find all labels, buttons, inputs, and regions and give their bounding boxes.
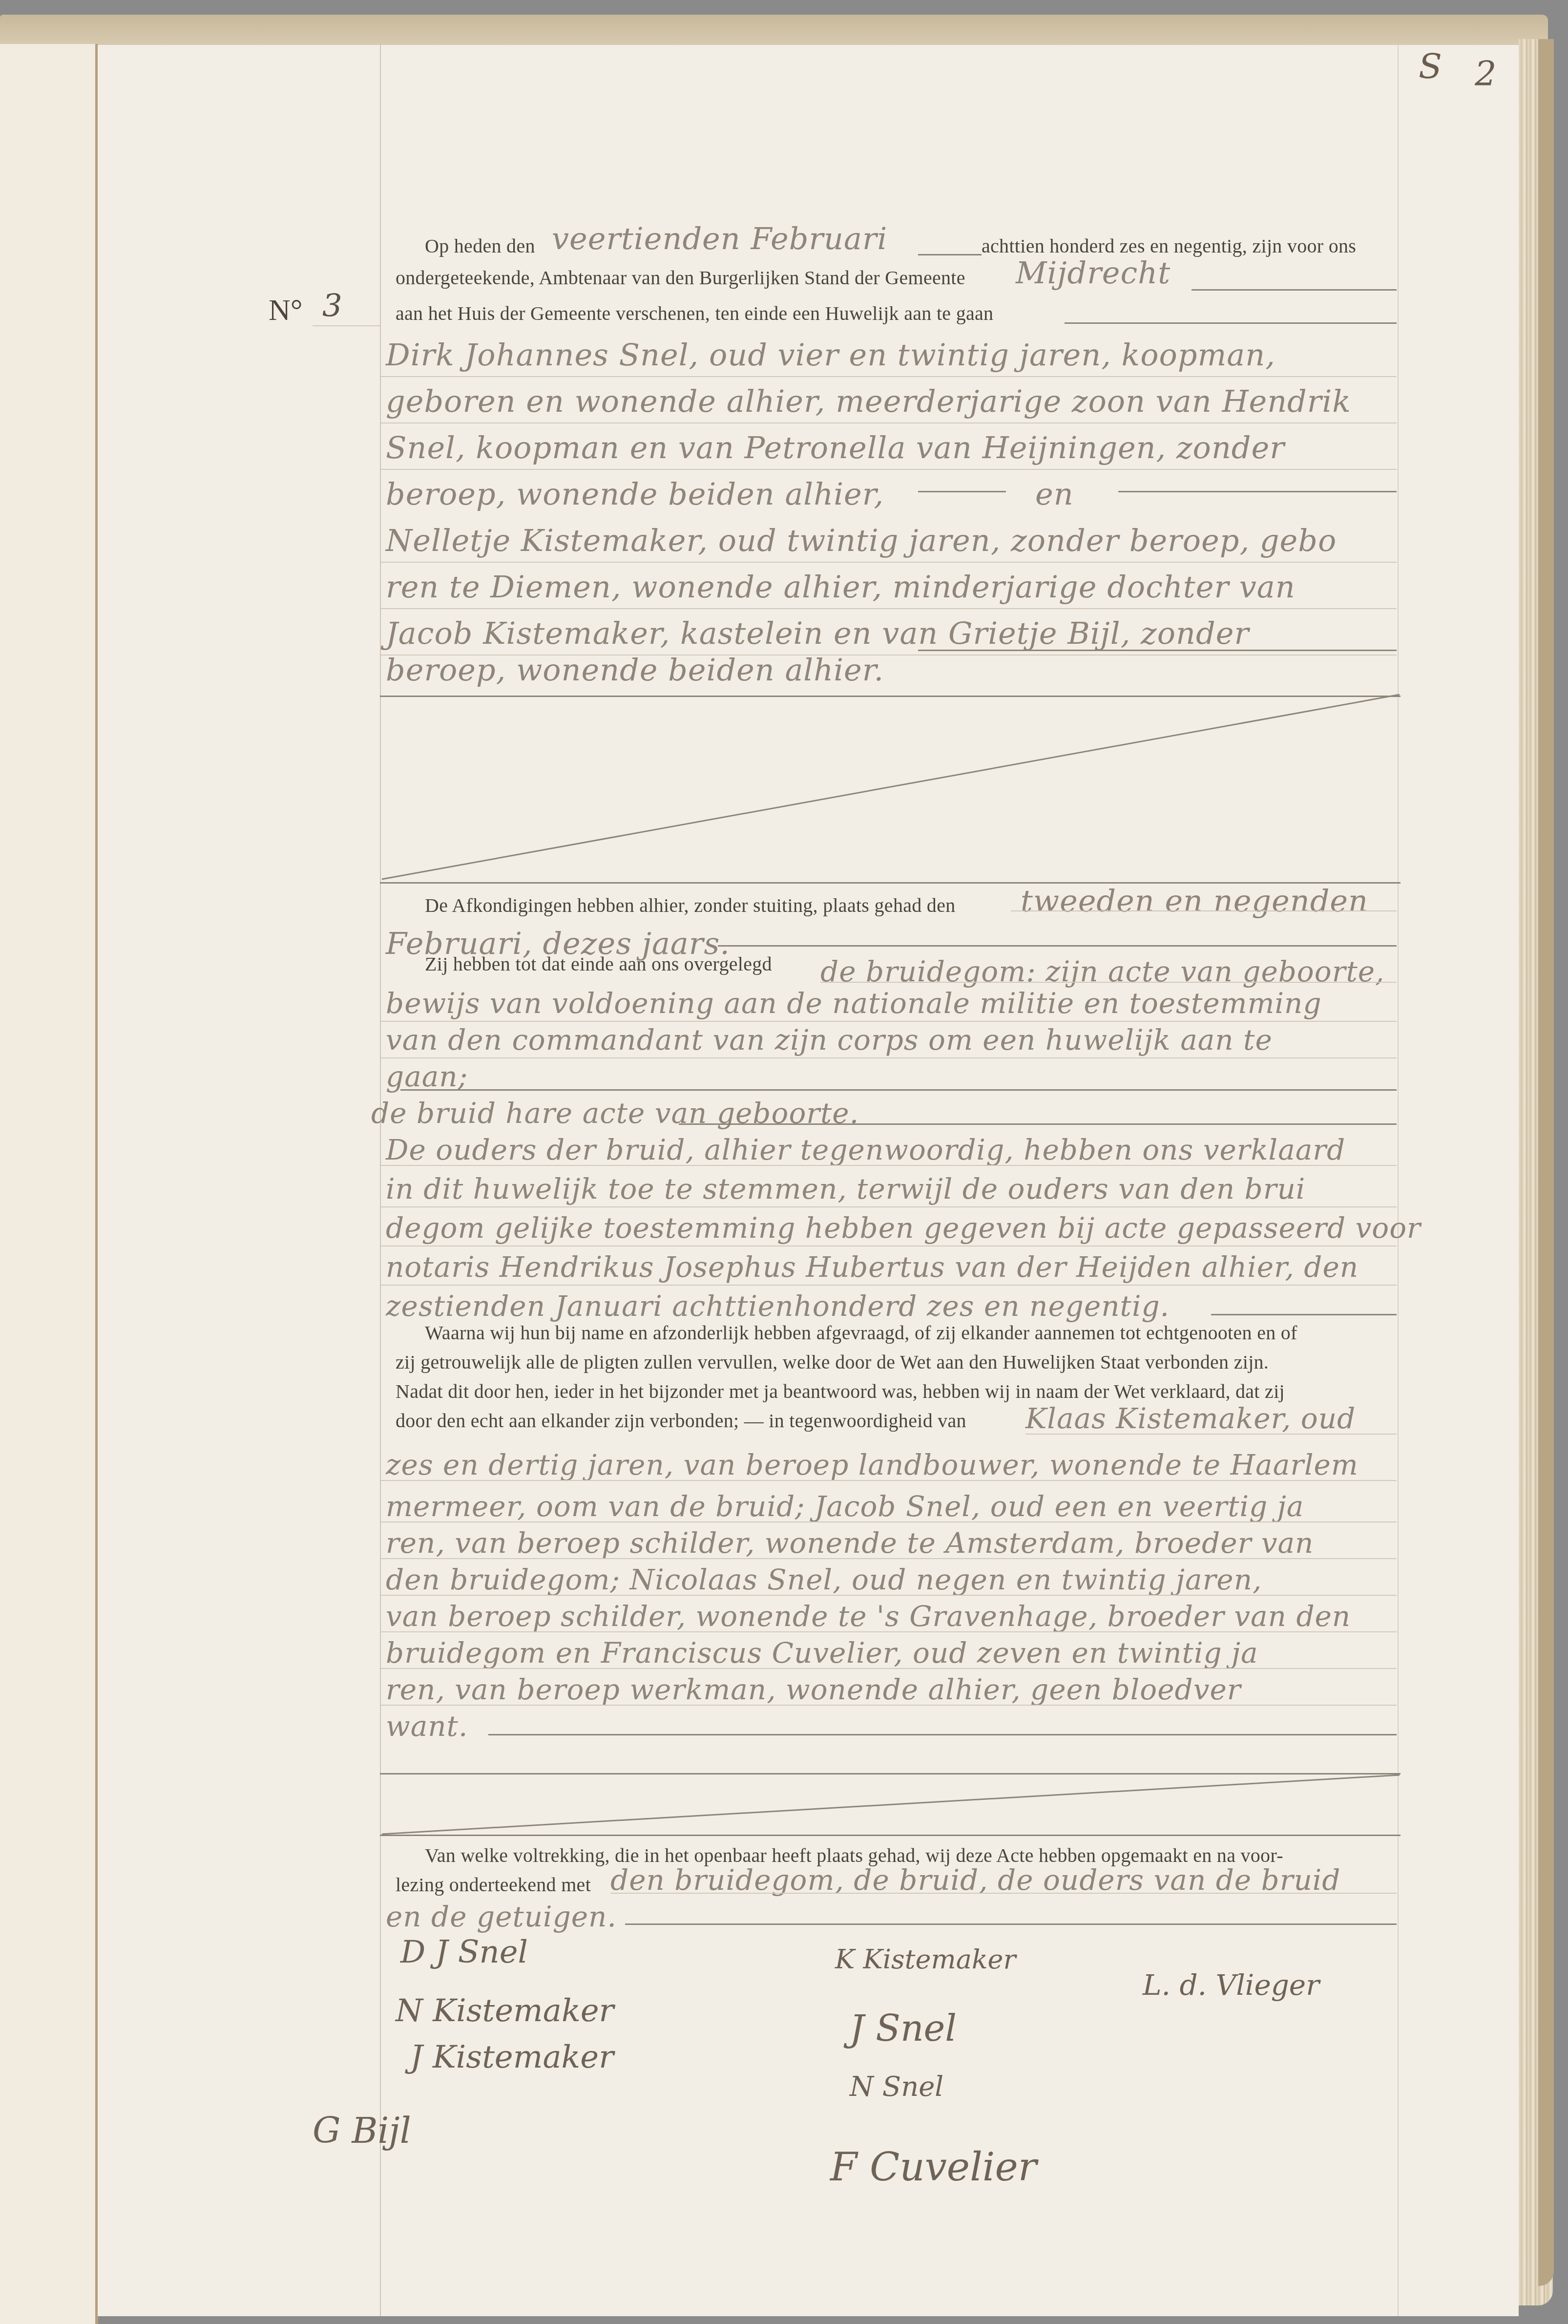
folio-mark: S [1419,46,1442,86]
fill-line [679,1123,1397,1125]
ruled-line [381,376,1397,377]
fill-line [918,254,982,255]
proclamation-printed: De Afkondigingen hebben alhier, zonder s… [425,894,956,917]
ruled-line [381,1595,1397,1596]
intro-printed-1: Op heden den [425,234,535,257]
documents-hand-line: De ouders der bruid, alhier tegenwoordig… [386,1133,1345,1166]
signature-witness-klaas: K Kistemaker [835,1944,1016,1975]
ruled-line [381,1631,1397,1632]
documents-hand-line: bewijs van voldoening aan de nationale m… [386,987,1322,1020]
ruled-line [381,1668,1397,1669]
party-line: ren te Diemen, wonende alhier, minderjar… [386,569,1296,605]
proclamation-dates-hand: tweeden en negenden [1021,883,1368,919]
vows-printed-line: Nadat dit door hen, ieder in het bijzond… [396,1380,1285,1403]
documents-hand-line: zestienden Januari achttienhonderd zes e… [386,1289,1170,1323]
documents-printed: Zij hebben tot dat einde aan ons overgel… [425,952,772,975]
signature-witness-nicolaas: N Snel [850,2071,943,2103]
fill-line [400,1089,1397,1091]
ruled-line [381,1480,1397,1481]
party-line: Jacob Kistemaker, kastelein en van Griet… [386,615,1249,651]
vows-printed-line: Waarna wij hun bij name en afzonderlijk … [425,1321,1297,1344]
ruled-line [381,469,1397,470]
ruled-line [381,1021,1397,1022]
right-margin-rule [1398,45,1399,2316]
party-line: beroep, wonende beiden alhier, [386,476,884,512]
signature-bride-father: J Kistemaker [410,2039,614,2075]
ruled-line [381,1521,1397,1522]
fill-line [1211,1314,1397,1315]
ruled-line [381,608,1397,609]
ruled-line [1011,910,1397,911]
intro-printed-1b: achttien honderd zes en negentig, zijn v… [982,234,1356,257]
party-line: Dirk Johannes Snel, oud vier en twintig … [386,337,1275,373]
witness-hand-line: bruidegom en Franciscus Cuvelier, oud ze… [386,1636,1258,1669]
folio-number: 2 [1475,54,1497,94]
ruled-line [610,1893,1397,1894]
party-line: Snel, koopman en van Petronella van Heij… [386,430,1285,465]
witness-hand-line: want. [386,1710,468,1743]
witness-hand-line: den bruidegom; Nicolaas Snel, oud negen … [386,1563,1262,1596]
signature-bride-mother: G Bijl [313,2110,411,2151]
ruled-line [381,562,1397,563]
documents-hand-line: van den commandant van zijn corps om een… [386,1023,1273,1056]
intro-date-hand: veertienden Februari [552,221,887,256]
closing-hand-2: en de getuigen. [386,1900,617,1933]
witness-hand-line: mermeer, oom van de bruid; Jacob Snel, o… [386,1490,1304,1523]
signature-bride: N Kistemaker [396,1993,614,2029]
block-bottom-line [380,1835,1401,1836]
book-cover-edge [1538,39,1554,2286]
witness-hand-line: van beroep schilder, wonende te 's Grave… [386,1600,1351,1633]
ruled-line [381,1246,1397,1247]
witness-hand-line: ren, van beroep schilder, wonende te Ams… [386,1526,1314,1560]
ruled-line [381,1206,1397,1207]
signature-witness-franciscus: F Cuvelier [830,2144,1037,2190]
documents-hand-line: de bruidegom: zijn acte van geboorte, [820,955,1384,988]
signature-groom: D J Snel [400,1934,528,1970]
fill-line [718,945,1397,947]
ruled-line [381,1057,1397,1058]
margin-column-rule [380,45,381,2316]
intro-printed-3: aan het Huis der Gemeente verschenen, te… [396,302,993,325]
fill-line [488,1734,1397,1735]
documents-hand-line: notaris Hendrikus Josephus Hubertus van … [386,1250,1359,1284]
party-conjunction: en [1035,476,1074,512]
ruled-line [381,423,1397,423]
party-line: Nelletje Kistemaker, oud twintig jaren, … [386,523,1337,558]
intro-municipality-hand: Mijdrecht [1016,255,1171,291]
fill-line [1065,322,1397,324]
party-line: geboren en wonende alhier, meerderjarige… [386,383,1351,419]
act-number-underline [313,325,380,326]
fill-line [918,650,1397,651]
blank-strike-diagonal [380,1773,1405,1837]
fill-line [1118,491,1397,492]
closing-printed-2: lezing onderteekend met [396,1873,591,1896]
ruled-line [1025,1434,1397,1435]
book-top-edge [0,15,1548,49]
ruled-line [381,1285,1397,1286]
intro-printed-2: ondergeteekende, Ambtenaar van den Burge… [396,266,965,289]
documents-hand-line: degom gelijke toestemming hebben gegeven… [386,1211,1421,1245]
act-number-label: N° [269,293,303,328]
witness-hand-first: Klaas Kistemaker, oud [1025,1402,1356,1435]
documents-hand-line: gaan; [386,1060,468,1093]
witness-hand-line: ren, van beroep werkman, wonende alhier,… [386,1673,1241,1706]
signature-witness-jacob: J Snel [850,2007,957,2049]
act-number-value: 3 [322,288,342,324]
vows-printed-line: zij getrouwelijk alle de pligten zullen … [396,1351,1269,1373]
fill-line [1192,289,1397,291]
signature-registrar: L. d. Vlieger [1143,1968,1319,2002]
ruled-line [381,1705,1397,1706]
blank-strike-diagonal [380,664,1405,889]
vows-printed-line: door den echt aan elkander zijn verbonde… [396,1409,966,1432]
closing-hand-1: den bruidegom, de bruid, de ouders van d… [610,1863,1340,1897]
witness-hand-line: zes en dertig jaren, van beroep landbouw… [386,1448,1359,1481]
ruled-line [381,1558,1397,1559]
fill-line [625,1923,1397,1925]
documents-hand-line: in dit huwelijk toe te stemmen, terwijl … [386,1172,1305,1205]
fill-line [918,491,1006,492]
left-page-sliver [0,44,98,2324]
ruled-line [820,982,1397,983]
ruled-line [381,1165,1397,1166]
